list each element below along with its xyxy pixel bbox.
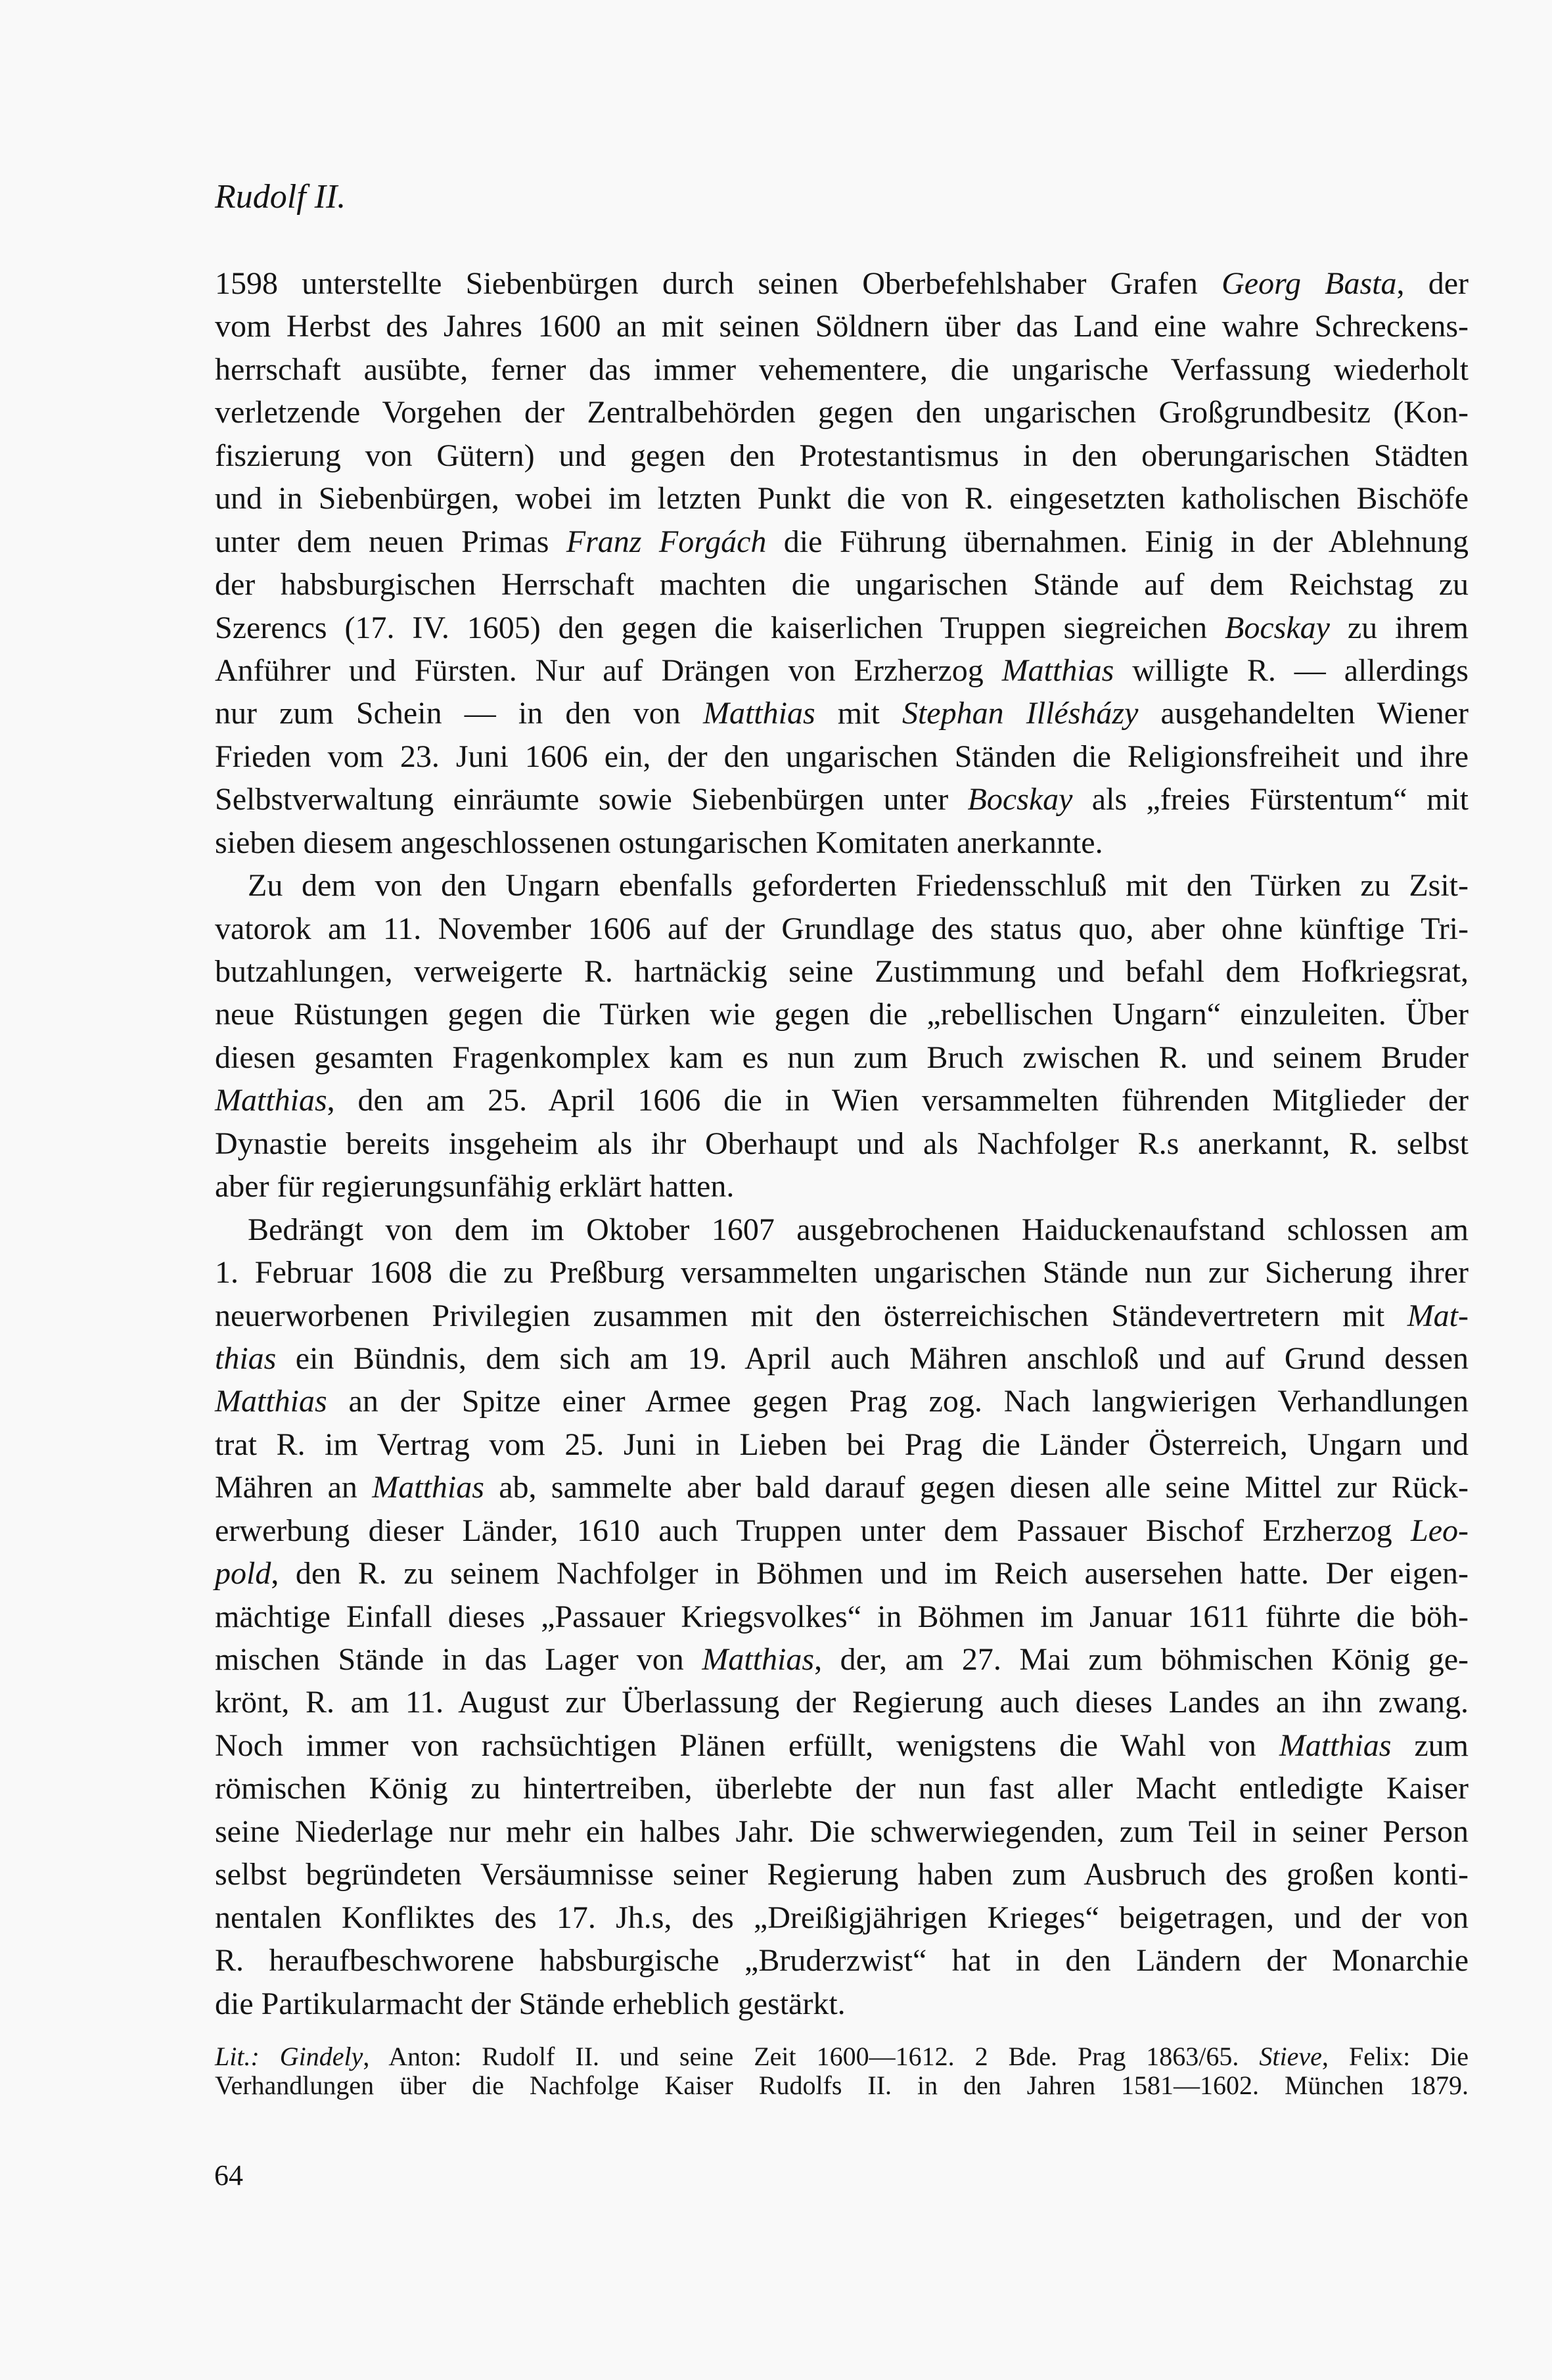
text-run: mischen Stände in das Lager von xyxy=(215,1642,702,1677)
body-line: diesen gesamten Fragenkomplex kam es nun… xyxy=(215,1036,1469,1079)
text-run: R. heraufbeschworene habsburgische „Brud… xyxy=(215,1943,1469,1978)
body-line: krönt, R. am 11. August zur Überlassung … xyxy=(215,1681,1469,1724)
text-run: , den am 25. April 1606 die in Wien vers… xyxy=(327,1083,1469,1118)
text-run: willigte R. — allerdings xyxy=(1114,653,1469,688)
text-run: neue Rüstungen gegen die Türken wie gege… xyxy=(215,997,1469,1032)
body-line: vom Herbst des Jahres 1600 an mit seinen… xyxy=(215,305,1469,348)
body-line: Frieden vom 23. Juni 1606 ein, der den u… xyxy=(215,735,1469,778)
text-run: zu ihrem xyxy=(1330,610,1469,645)
entry-heading: Rudolf II. xyxy=(215,177,346,217)
italic-name: Mat- xyxy=(1407,1298,1469,1333)
text-run: krönt, R. am 11. August zur Überlassung … xyxy=(215,1685,1469,1720)
text-run: mächtige Einfall dieses „Passauer Kriegs… xyxy=(215,1599,1469,1634)
text-run: neuerworbenen Privilegien zusammen mit d… xyxy=(215,1298,1407,1333)
body-line: aber für regierungsunfähig erklärt hatte… xyxy=(215,1165,1469,1208)
text-run: mit xyxy=(815,696,902,731)
text-run: aber für regierungsunfähig erklärt hatte… xyxy=(215,1169,734,1204)
body-line: Mähren an Matthias ab, sammelte aber bal… xyxy=(215,1466,1469,1509)
italic-name: Stieve xyxy=(1259,2042,1322,2071)
text-run: erwerbung dieser Länder, 1610 auch Trupp… xyxy=(215,1513,1411,1548)
text-run: Anführer und Fürsten. Nur auf Drängen vo… xyxy=(215,653,1002,688)
text-run: verletzende Vorgehen der Zentralbehörden… xyxy=(215,395,1469,430)
text-run: herrschaft ausübte, ferner das immer veh… xyxy=(215,352,1469,387)
body-line: trat R. im Vertrag vom 25. Juni in Liebe… xyxy=(215,1423,1469,1466)
body-line: und in Siebenbürgen, wobei im letzten Pu… xyxy=(215,477,1469,520)
text-run: Mähren an xyxy=(215,1470,372,1505)
italic-name: Lit.: Gindely xyxy=(215,2042,363,2071)
text-run: als „freies Fürstentum“ mit xyxy=(1072,782,1469,817)
text-run: Bedrängt von dem im Oktober 1607 ausgebr… xyxy=(248,1212,1469,1247)
italic-name: pold xyxy=(215,1556,271,1591)
body-line: seine Niederlage nur mehr ein halbes Jah… xyxy=(215,1810,1469,1853)
body-line: Szerencs (17. IV. 1605) den gegen die ka… xyxy=(215,606,1469,649)
body-line: thias ein Bündnis, dem sich am 19. April… xyxy=(215,1337,1469,1380)
text-run: seine Niederlage nur mehr ein halbes Jah… xyxy=(215,1814,1469,1849)
text-run: Frieden vom 23. Juni 1606 ein, der den u… xyxy=(215,739,1469,774)
text-run: ab, sammelte aber bald darauf gegen dies… xyxy=(484,1470,1469,1505)
body-line: 1598 unterstellte Siebenbürgen durch sei… xyxy=(215,262,1469,305)
body-line: fiszierung von Gütern) und gegen den Pro… xyxy=(215,434,1469,477)
body-line: butzahlungen, verweigerte R. hartnäckig … xyxy=(215,950,1469,993)
italic-name: Matthias xyxy=(1279,1728,1392,1763)
text-run: die Führung übernahmen. Einig in der Abl… xyxy=(766,524,1469,559)
literature-references: Lit.: Gindely, Anton: Rudolf II. und sei… xyxy=(215,2042,1469,2099)
text-run: nur zum Schein — in den von xyxy=(215,696,703,731)
italic-name: Matthias xyxy=(372,1470,484,1505)
text-run: butzahlungen, verweigerte R. hartnäckig … xyxy=(215,954,1469,989)
text-run: selbst begründeten Versäumnisse seiner R… xyxy=(215,1857,1469,1892)
text-run: , der xyxy=(1397,266,1469,301)
text-run: 1. Februar 1608 die zu Preßburg versamme… xyxy=(215,1255,1469,1290)
body-line: Matthias an der Spitze einer Armee gegen… xyxy=(215,1380,1469,1423)
body-line: mächtige Einfall dieses „Passauer Kriegs… xyxy=(215,1595,1469,1638)
body-line: Selbstverwaltung einräumte sowie Siebenb… xyxy=(215,778,1469,821)
body-line: mischen Stände in das Lager von Matthias… xyxy=(215,1638,1469,1681)
italic-name: thias xyxy=(215,1341,276,1376)
italic-name: Matthias xyxy=(1002,653,1114,688)
text-run: der habsburgischen Herrschaft machten di… xyxy=(215,567,1469,602)
body-line: Matthias, den am 25. April 1606 die in W… xyxy=(215,1079,1469,1122)
text-run: an der Spitze einer Armee gegen Prag zog… xyxy=(327,1384,1469,1419)
text-run: Selbstverwaltung einräumte sowie Siebenb… xyxy=(215,782,968,817)
body-line: Dynastie bereits insgeheim als ihr Oberh… xyxy=(215,1122,1469,1165)
text-run: nentalen Konfliktes des 17. Jh.s, des „D… xyxy=(215,1900,1469,1935)
text-run: , den R. zu seinem Nachfolger in Böhmen … xyxy=(271,1556,1469,1591)
text-run: diesen gesamten Fragenkomplex kam es nun… xyxy=(215,1040,1469,1075)
body-line: unter dem neuen Primas Franz Forgách die… xyxy=(215,520,1469,563)
text-run: unter dem neuen Primas xyxy=(215,524,566,559)
literature-line: Verhandlungen über die Nachfolge Kaiser … xyxy=(215,2071,1469,2100)
text-run: Verhandlungen über die Nachfolge Kaiser … xyxy=(215,2071,1469,2100)
italic-name: Matthias xyxy=(703,696,815,731)
body-line: die Partikularmacht der Stände erheblich… xyxy=(215,1982,1469,2025)
body-line: selbst begründeten Versäumnisse seiner R… xyxy=(215,1853,1469,1896)
body-line: Bedrängt von dem im Oktober 1607 ausgebr… xyxy=(215,1208,1469,1251)
body-line: verletzende Vorgehen der Zentralbehörden… xyxy=(215,391,1469,434)
italic-name: Stephan Illésházy xyxy=(902,696,1138,731)
text-run: vatorok am 11. November 1606 auf der Gru… xyxy=(215,911,1469,946)
body-line: Zu dem von den Ungarn ebenfalls geforder… xyxy=(215,864,1469,907)
text-run: römischen König zu hintertreiben, überle… xyxy=(215,1771,1469,1806)
italic-name: Georg Basta xyxy=(1221,266,1396,301)
text-run: sieben diesem angeschlossenen ostungaris… xyxy=(215,825,1103,860)
italic-name: Matthias xyxy=(702,1642,814,1677)
literature-line: Lit.: Gindely, Anton: Rudolf II. und sei… xyxy=(215,2042,1469,2071)
body-line: Noch immer von rachsüchtigen Plänen erfü… xyxy=(215,1724,1469,1767)
text-run: trat R. im Vertrag vom 25. Juni in Liebe… xyxy=(215,1427,1469,1462)
body-line: der habsburgischen Herrschaft machten di… xyxy=(215,563,1469,606)
body-line: Anführer und Fürsten. Nur auf Drängen vo… xyxy=(215,649,1469,692)
body-line: herrschaft ausübte, ferner das immer veh… xyxy=(215,348,1469,391)
body-line: vatorok am 11. November 1606 auf der Gru… xyxy=(215,907,1469,950)
text-run: Dynastie bereits insgeheim als ihr Oberh… xyxy=(215,1126,1469,1161)
article-body: 1598 unterstellte Siebenbürgen durch sei… xyxy=(215,262,1469,2025)
body-line: neue Rüstungen gegen die Türken wie gege… xyxy=(215,993,1469,1036)
text-run: Szerencs (17. IV. 1605) den gegen die ka… xyxy=(215,610,1225,645)
text-run: zum xyxy=(1391,1728,1469,1763)
text-run: , der, am 27. Mai zum böhmischen König g… xyxy=(814,1642,1469,1677)
text-run: Noch immer von rachsüchtigen Plänen erfü… xyxy=(215,1728,1279,1763)
italic-name: Bocskay xyxy=(1225,610,1330,645)
page-number: 64 xyxy=(214,2159,243,2192)
body-line: nur zum Schein — in den von Matthias mit… xyxy=(215,692,1469,735)
text-run: fiszierung von Gütern) und gegen den Pro… xyxy=(215,438,1469,473)
italic-name: Leo- xyxy=(1411,1513,1469,1548)
body-line: 1. Februar 1608 die zu Preßburg versamme… xyxy=(215,1251,1469,1294)
text-run: Zu dem von den Ungarn ebenfalls geforder… xyxy=(248,868,1469,903)
text-run: , Anton: Rudolf II. und seine Zeit 1600—… xyxy=(363,2042,1259,2071)
text-run: 1598 unterstellte Siebenbürgen durch sei… xyxy=(215,266,1221,301)
body-line: neuerworbenen Privilegien zusammen mit d… xyxy=(215,1294,1469,1337)
body-line: R. heraufbeschworene habsburgische „Brud… xyxy=(215,1939,1469,1982)
italic-name: Matthias xyxy=(215,1083,327,1118)
italic-name: Bocskay xyxy=(968,782,1073,817)
text-run: vom Herbst des Jahres 1600 an mit seinen… xyxy=(215,309,1469,344)
body-line: römischen König zu hintertreiben, überle… xyxy=(215,1767,1469,1810)
text-run: ein Bündnis, dem sich am 19. April auch … xyxy=(276,1341,1469,1376)
body-line: erwerbung dieser Länder, 1610 auch Trupp… xyxy=(215,1509,1469,1552)
body-line: pold, den R. zu seinem Nachfolger in Böh… xyxy=(215,1552,1469,1595)
body-line: sieben diesem angeschlossenen ostungaris… xyxy=(215,821,1469,864)
text-run: und in Siebenbürgen, wobei im letzten Pu… xyxy=(215,481,1469,516)
body-line: nentalen Konfliktes des 17. Jh.s, des „D… xyxy=(215,1896,1469,1939)
text-run: , Felix: Die xyxy=(1322,2042,1469,2071)
text-run: ausgehandelten Wiener xyxy=(1138,696,1469,731)
italic-name: Franz Forgách xyxy=(566,524,767,559)
text-run: die Partikularmacht der Stände erheblich… xyxy=(215,1986,846,2021)
italic-name: Matthias xyxy=(215,1384,327,1419)
